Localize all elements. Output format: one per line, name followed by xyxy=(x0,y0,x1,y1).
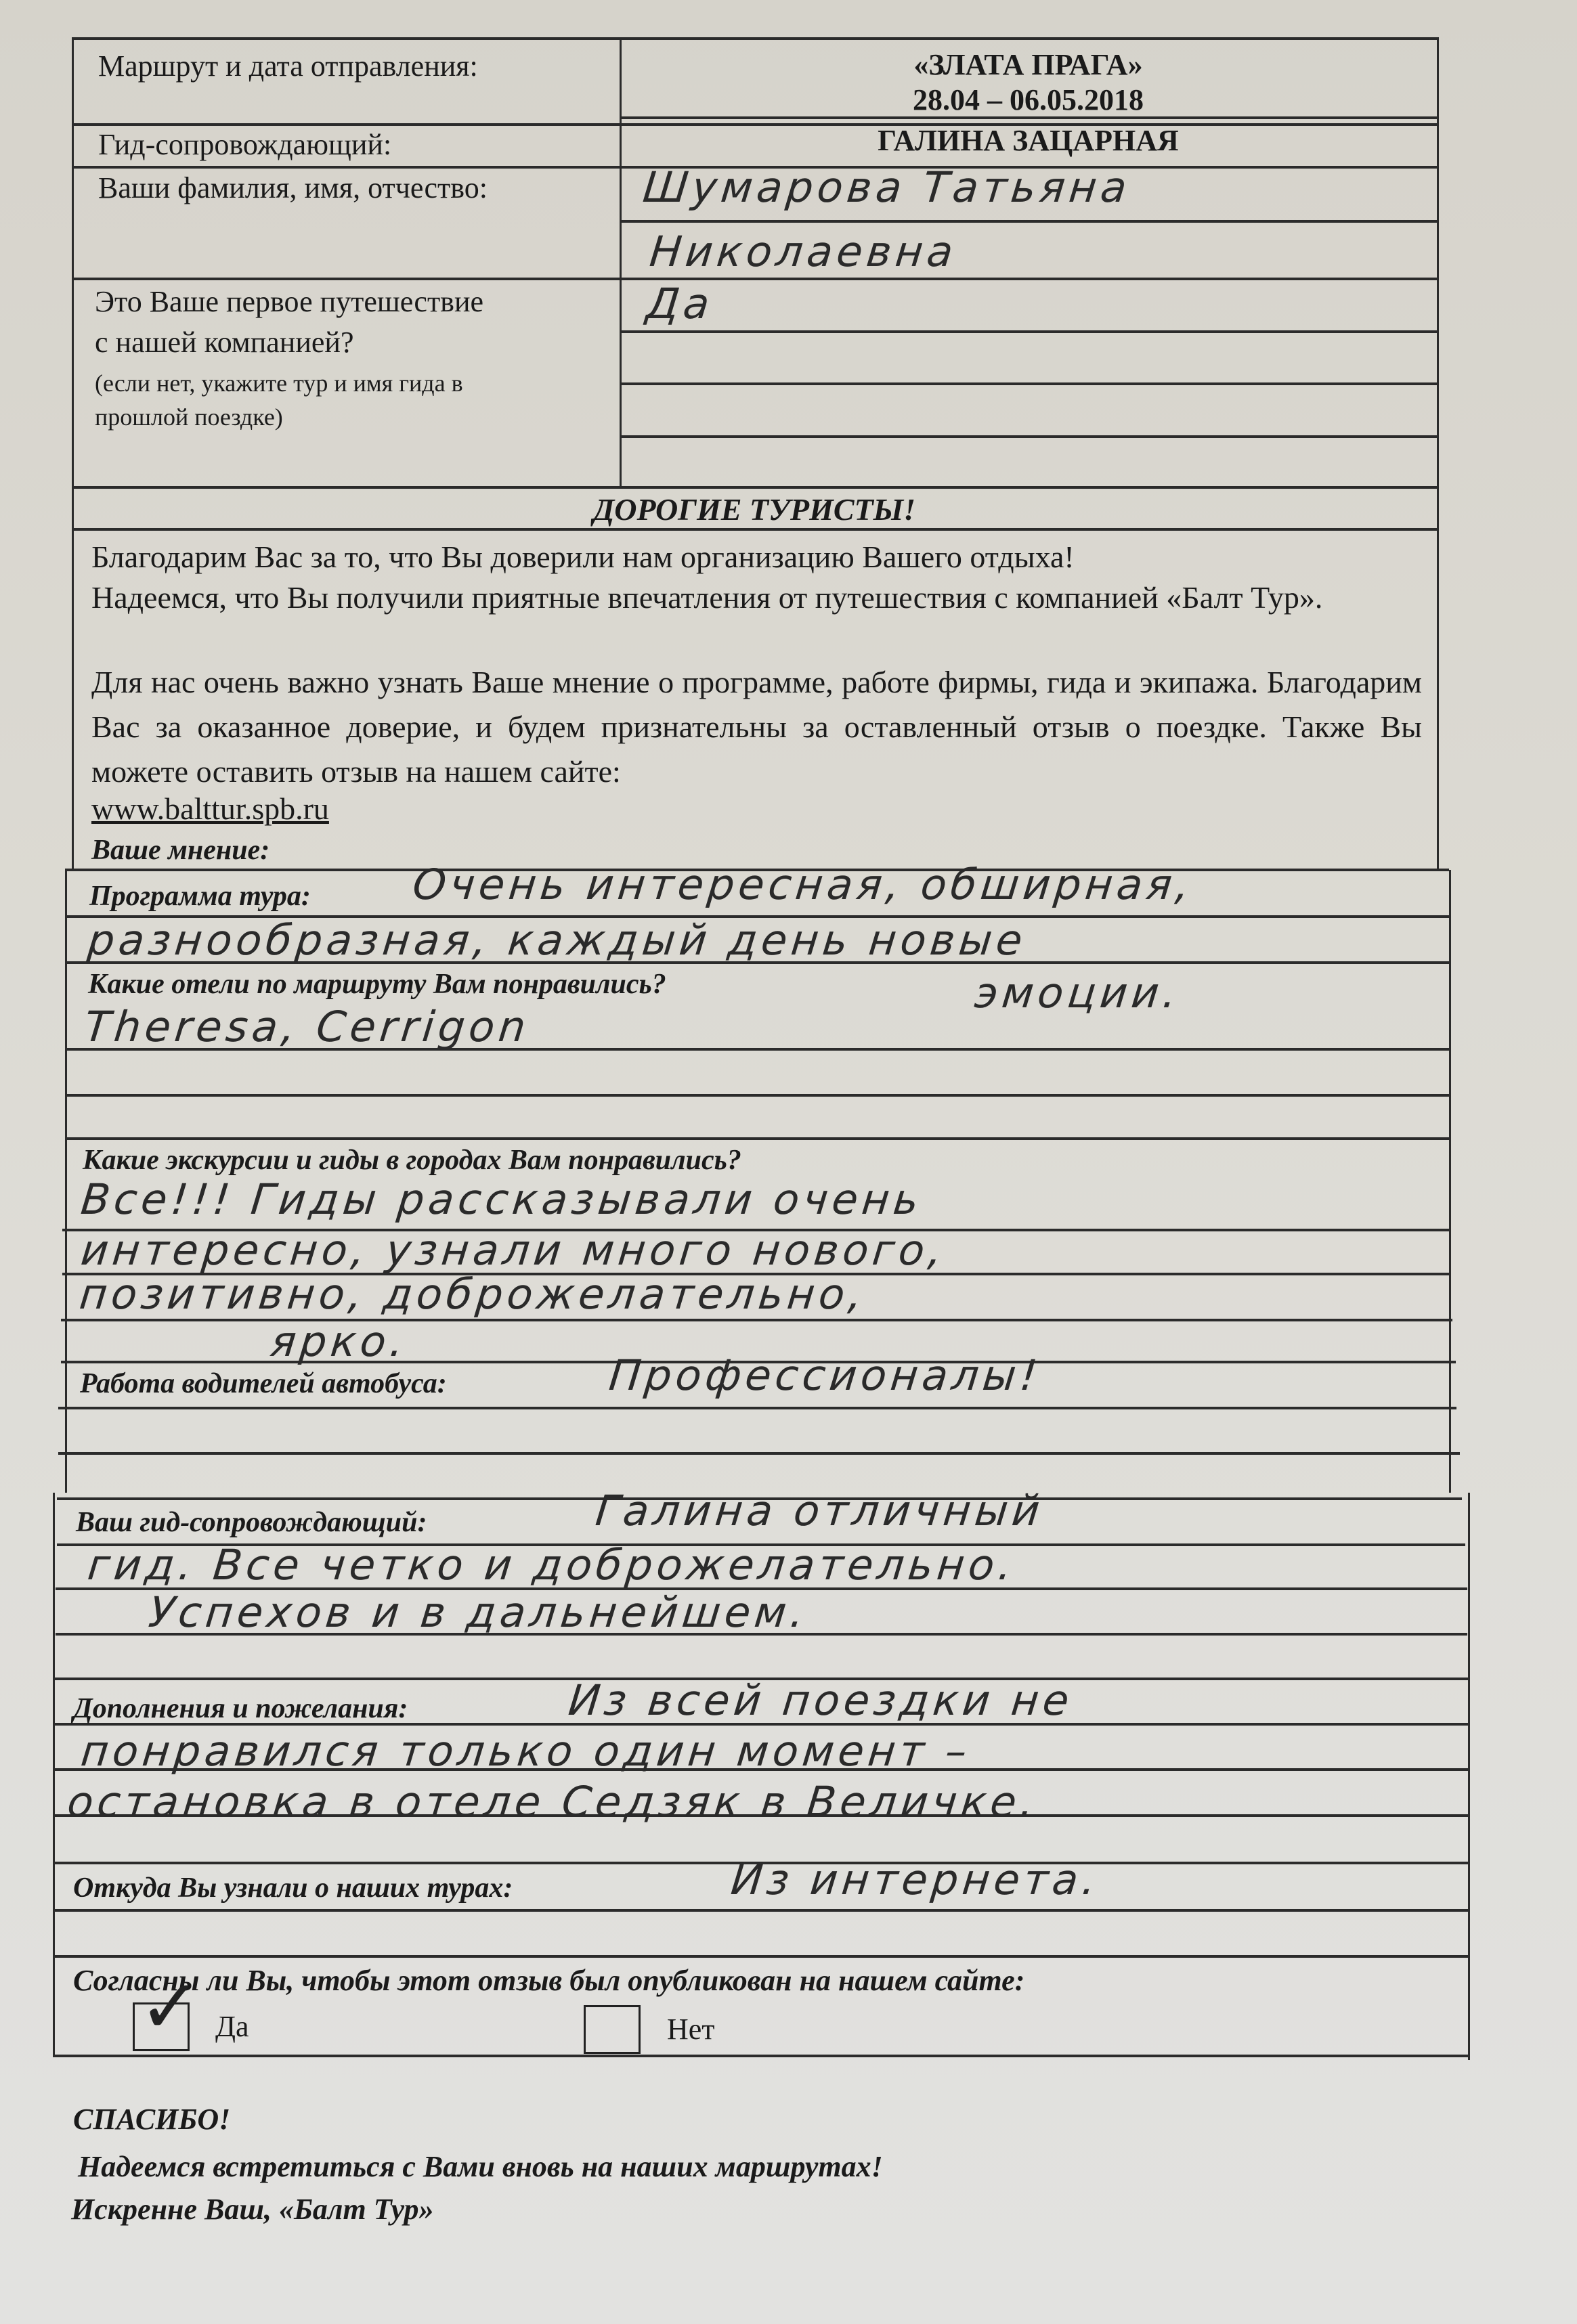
first-trip-label-2: с нашей компанией? xyxy=(95,325,354,359)
guide-label: Гид-сопровождающий: xyxy=(98,127,391,162)
source-answer[interactable]: Из интернета. xyxy=(729,1855,1102,1904)
rule xyxy=(53,1955,1468,1958)
hotels-answer[interactable]: Theresa, Cerrigon xyxy=(82,1002,532,1051)
first-trip-label-1: Это Ваше первое путешествие xyxy=(95,284,483,319)
excursions-answer-3[interactable]: позитивно, доброжелательно, xyxy=(77,1269,869,1319)
consent-no-checkbox[interactable] xyxy=(584,2005,641,2054)
frame-left-bottom xyxy=(53,1493,55,2055)
website-link[interactable]: www.balttur.spb.ru xyxy=(91,787,329,831)
footer-thanks: СПАСИБО! xyxy=(73,2102,230,2136)
first-trip-hint-2: прошлой поездке) xyxy=(95,403,283,431)
rule xyxy=(72,37,1437,40)
rule xyxy=(72,486,1437,489)
program-label: Программа тура: xyxy=(89,880,311,913)
hotels-label: Какие отели по маршруту Вам понравились? xyxy=(88,968,666,1001)
check-mark-icon: ✓ xyxy=(139,1963,201,2050)
fio-handwritten-line2[interactable]: Николаевна xyxy=(647,227,959,276)
guide-name: ГАЛИНА ЗАЦАРНАЯ xyxy=(620,123,1437,158)
frame-left-top xyxy=(72,37,74,870)
route-name: «ЗЛАТА ПРАГА» xyxy=(620,47,1437,82)
consent-no-label: Нет xyxy=(667,2012,715,2046)
opinion-heading: Ваше мнение: xyxy=(91,834,269,867)
footer-hope: Надеемся встретиться с Вами вновь на наш… xyxy=(78,2149,883,2184)
excursions-label: Какие экскурсии и гиды в городах Вам пон… xyxy=(83,1144,741,1177)
excursions-answer-2[interactable]: интересно, узнали много нового, xyxy=(79,1225,949,1275)
first-trip-hint-1: (если нет, укажите тур и имя гида в xyxy=(95,369,463,397)
drivers-answer[interactable]: Профессионалы! xyxy=(607,1351,1043,1400)
wishes-answer-1[interactable]: Из всей поездки не xyxy=(566,1675,1075,1725)
rule xyxy=(65,1094,1449,1097)
rule xyxy=(61,1319,1452,1321)
rule xyxy=(620,330,1437,333)
guide-opinion-label: Ваш гид-сопровождающий: xyxy=(76,1506,427,1539)
guide-answer-2[interactable]: гид. Все четко и доброжелательно. xyxy=(85,1540,1018,1589)
rule xyxy=(620,435,1437,438)
route-label: Маршрут и дата отправления: xyxy=(98,49,478,83)
rule xyxy=(65,1137,1449,1140)
guide-answer-3[interactable]: Успехов и в дальнейшем. xyxy=(146,1587,811,1637)
rule xyxy=(620,382,1437,385)
frame-right-bottom xyxy=(1468,1493,1470,2060)
rule xyxy=(58,1407,1456,1409)
rule xyxy=(72,278,1437,280)
excursions-answer-4[interactable]: ярко. xyxy=(268,1317,410,1366)
frame-right-top xyxy=(1437,37,1439,870)
guide-answer-1[interactable]: Галина отличный xyxy=(593,1486,1046,1535)
fio-label: Ваши фамилия, имя, отчество: xyxy=(98,171,488,205)
feedback-form: Маршрут и дата отправления: «ЗЛАТА ПРАГА… xyxy=(0,0,1577,2324)
wishes-answer-3[interactable]: остановка в отеле Седзяк в Величке. xyxy=(65,1777,1040,1826)
consent-label: Согласны ли Вы, чтобы этот отзыв был опу… xyxy=(73,1963,1024,1998)
frame-right-mid xyxy=(1449,870,1451,1493)
drivers-label: Работа водителей автобуса: xyxy=(80,1367,447,1400)
program-answer-1[interactable]: Очень интересная, обширная, xyxy=(410,860,1196,909)
rule xyxy=(72,528,1437,531)
rule xyxy=(53,1909,1468,1912)
rule xyxy=(620,220,1437,223)
intro-p3: Для нас очень важно узнать Ваше мнение о… xyxy=(91,660,1422,794)
rule xyxy=(58,1452,1460,1455)
rule xyxy=(53,2055,1468,2057)
intro-heading: ДОРОГИЕ ТУРИСТЫ! xyxy=(72,491,1437,527)
first-trip-answer[interactable]: Да xyxy=(644,279,716,328)
excursions-answer-1[interactable]: Все!!! Гиды рассказывали очень xyxy=(79,1175,925,1224)
route-dates: 28.04 – 06.05.2018 xyxy=(620,83,1437,117)
footer-signature: Искренне Ваш, «Балт Тур» xyxy=(71,2192,434,2227)
program-answer-3[interactable]: эмоции. xyxy=(972,968,1183,1017)
source-label: Откуда Вы узнали о наших турах: xyxy=(73,1872,513,1904)
wishes-label: Дополнения и пожелания: xyxy=(73,1692,408,1725)
intro-p2: Надеемся, что Вы получили приятные впеча… xyxy=(91,575,1422,620)
intro-p1: Благодарим Вас за то, что Вы доверили на… xyxy=(91,535,1075,579)
consent-yes-label: Да xyxy=(215,2009,249,2044)
program-answer-2[interactable]: разнообразная, каждый день новые xyxy=(85,915,1029,965)
fio-handwritten-line1[interactable]: Шумарова Татьяна xyxy=(641,162,1133,212)
wishes-answer-2[interactable]: понравился только один момент – xyxy=(79,1726,973,1776)
